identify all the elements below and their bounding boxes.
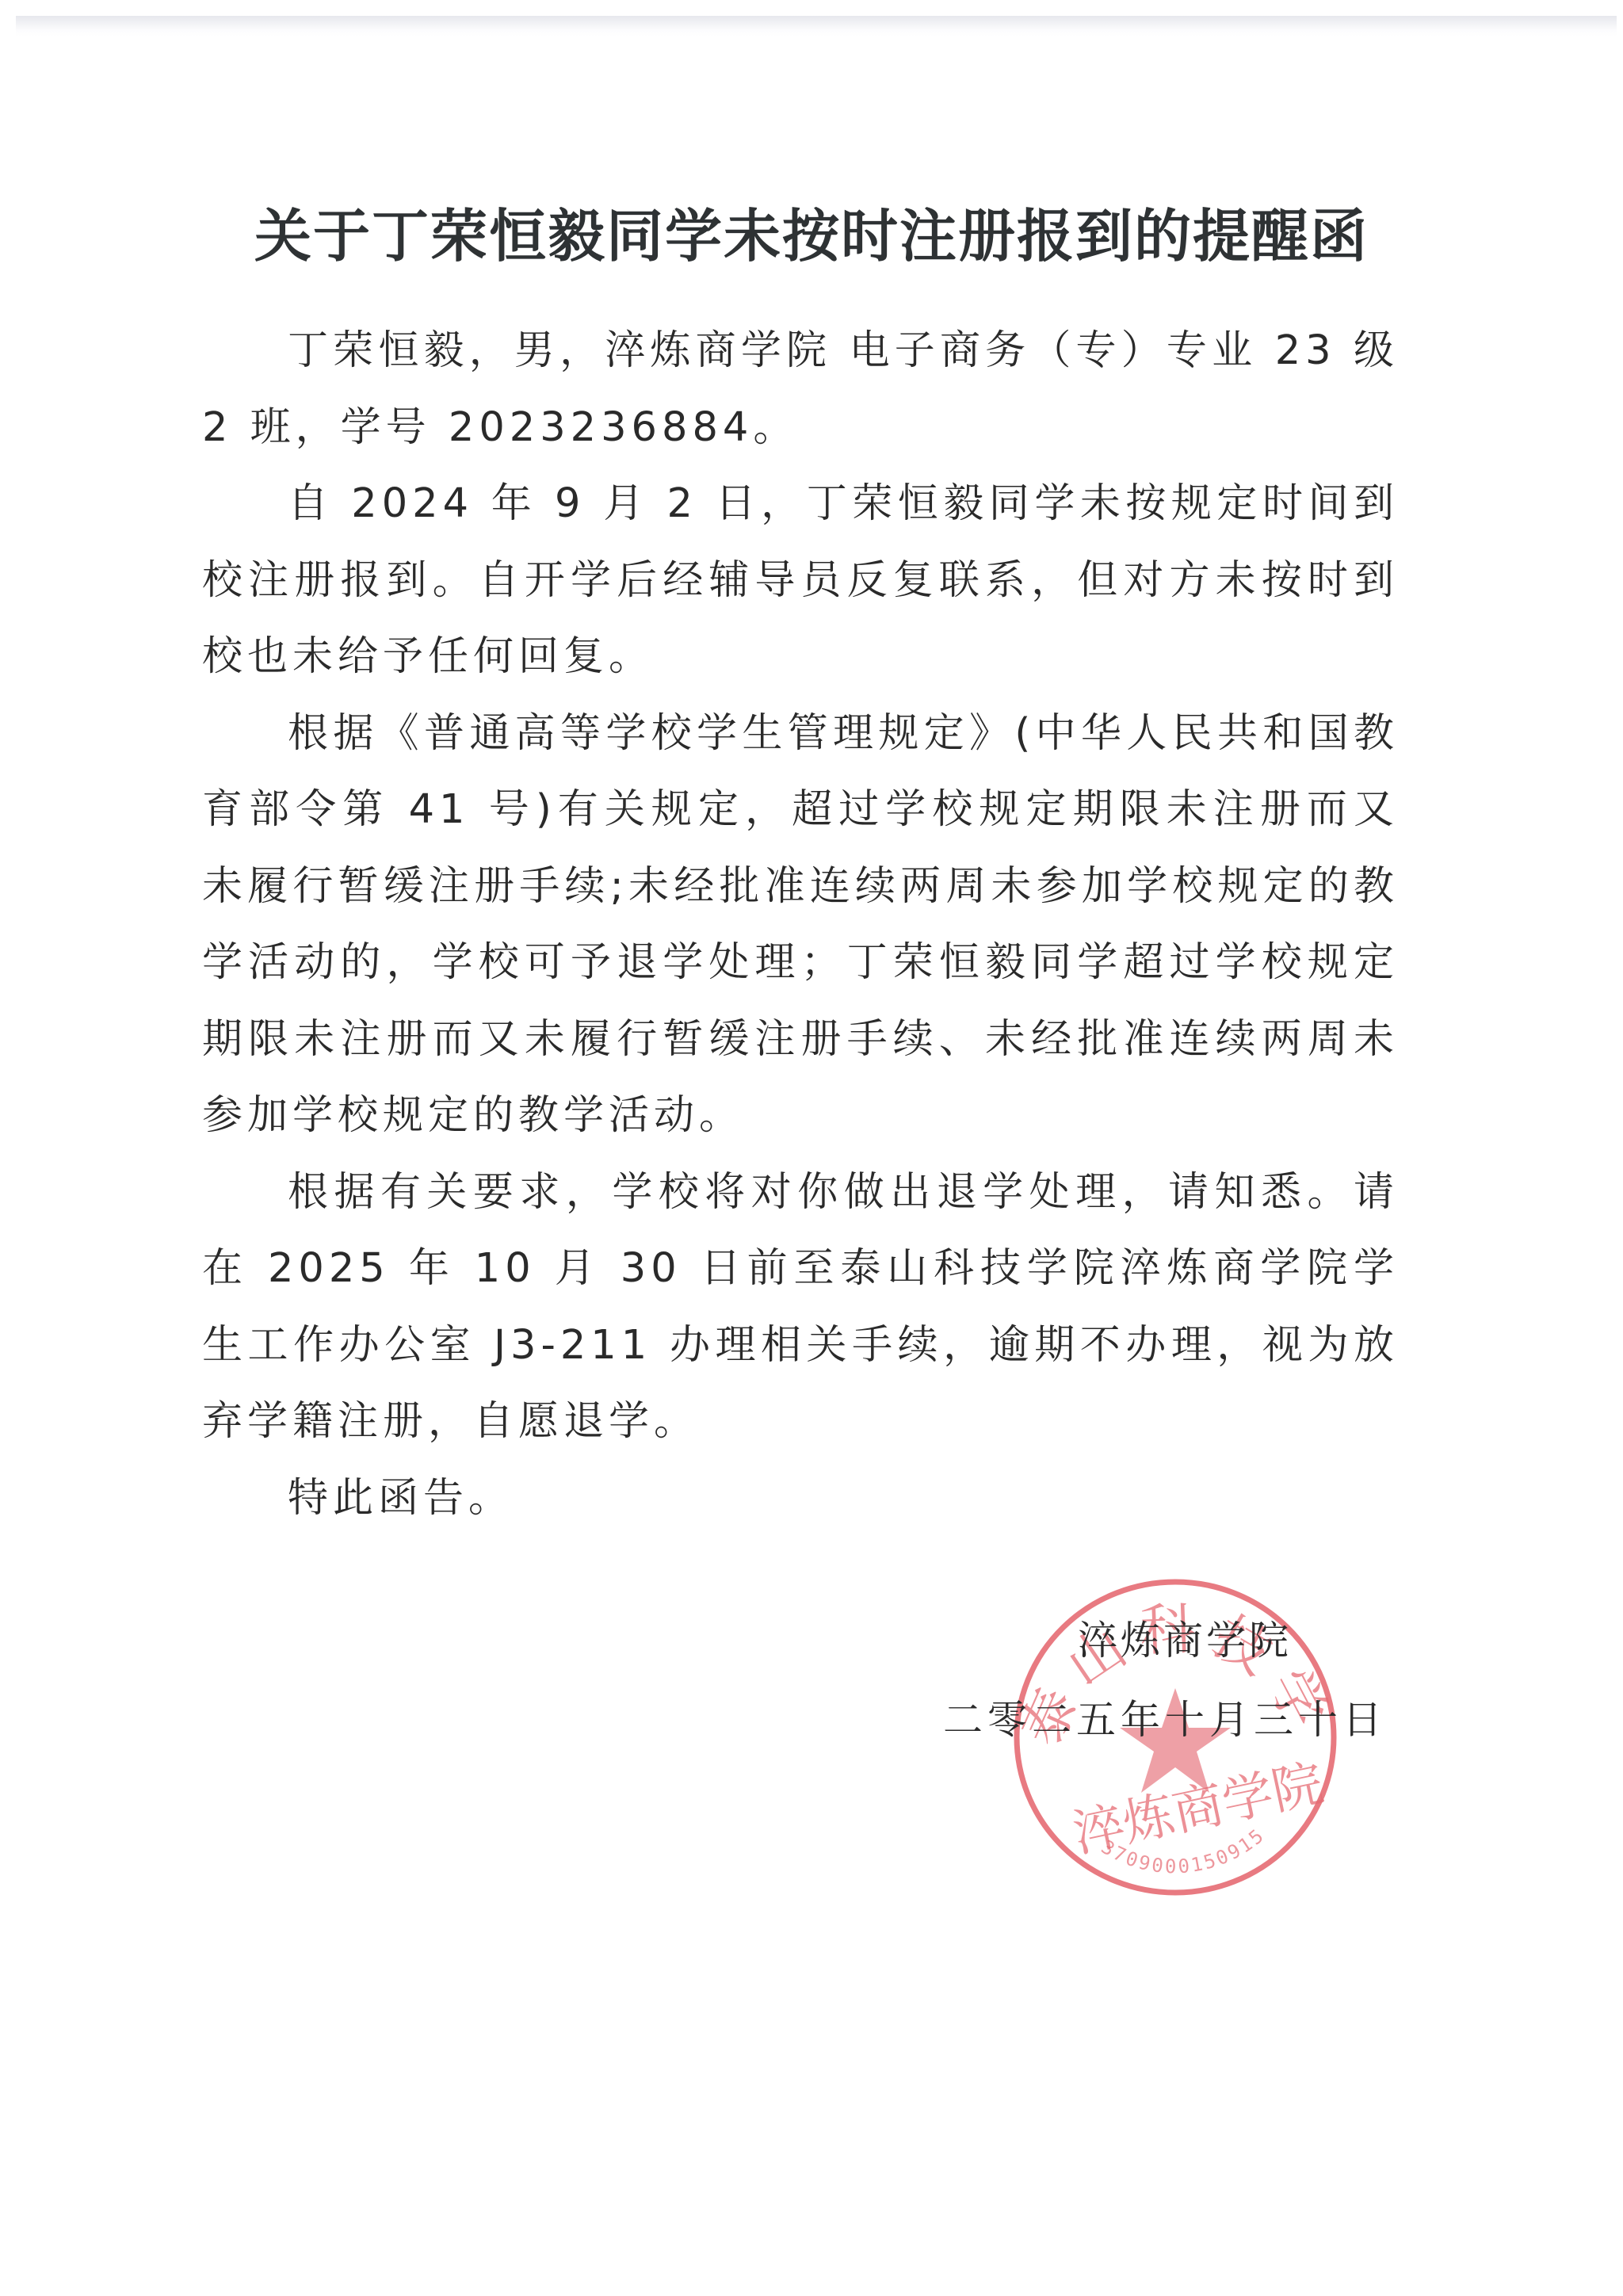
closing-remark: 特此函告。	[202, 1461, 1399, 1538]
paragraph-instructions: 根据有关要求，学校将对你做出退学处理，请知悉。请在 2025 年 10 月 30…	[202, 1155, 1399, 1461]
signature-organization: 淬炼商学院	[1078, 1609, 1292, 1666]
paragraph-regulation: 根据《普通高等学校学生管理规定》(中华人民共和国教育部令第 41 号)有关规定，…	[202, 696, 1399, 1155]
signature-date: 二零二五年十月三十日	[943, 1688, 1387, 1745]
document-page: 关于丁荣恒毅同学未按时注册报到的提醒函 丁荣恒毅，男，淬炼商学院 电子商务（专）…	[0, 0, 1623, 2296]
document-body: 丁荣恒毅，男，淬炼商学院 电子商务（专）专业 23 级 2 班，学号 20232…	[202, 313, 1399, 1537]
paragraph-absence: 自 2024 年 9 月 2 日，丁荣恒毅同学未按规定时间到校注册报到。自开学后…	[202, 466, 1399, 696]
document-title: 关于丁荣恒毅同学未按时注册报到的提醒函	[0, 190, 1623, 273]
paragraph-student-info: 丁荣恒毅，男，淬炼商学院 电子商务（专）专业 23 级 2 班，学号 20232…	[202, 313, 1399, 466]
svg-text:3709000150915: 3709000150915	[1098, 1824, 1270, 1878]
seal-inner-text: 淬炼商学院	[1068, 1754, 1328, 1864]
